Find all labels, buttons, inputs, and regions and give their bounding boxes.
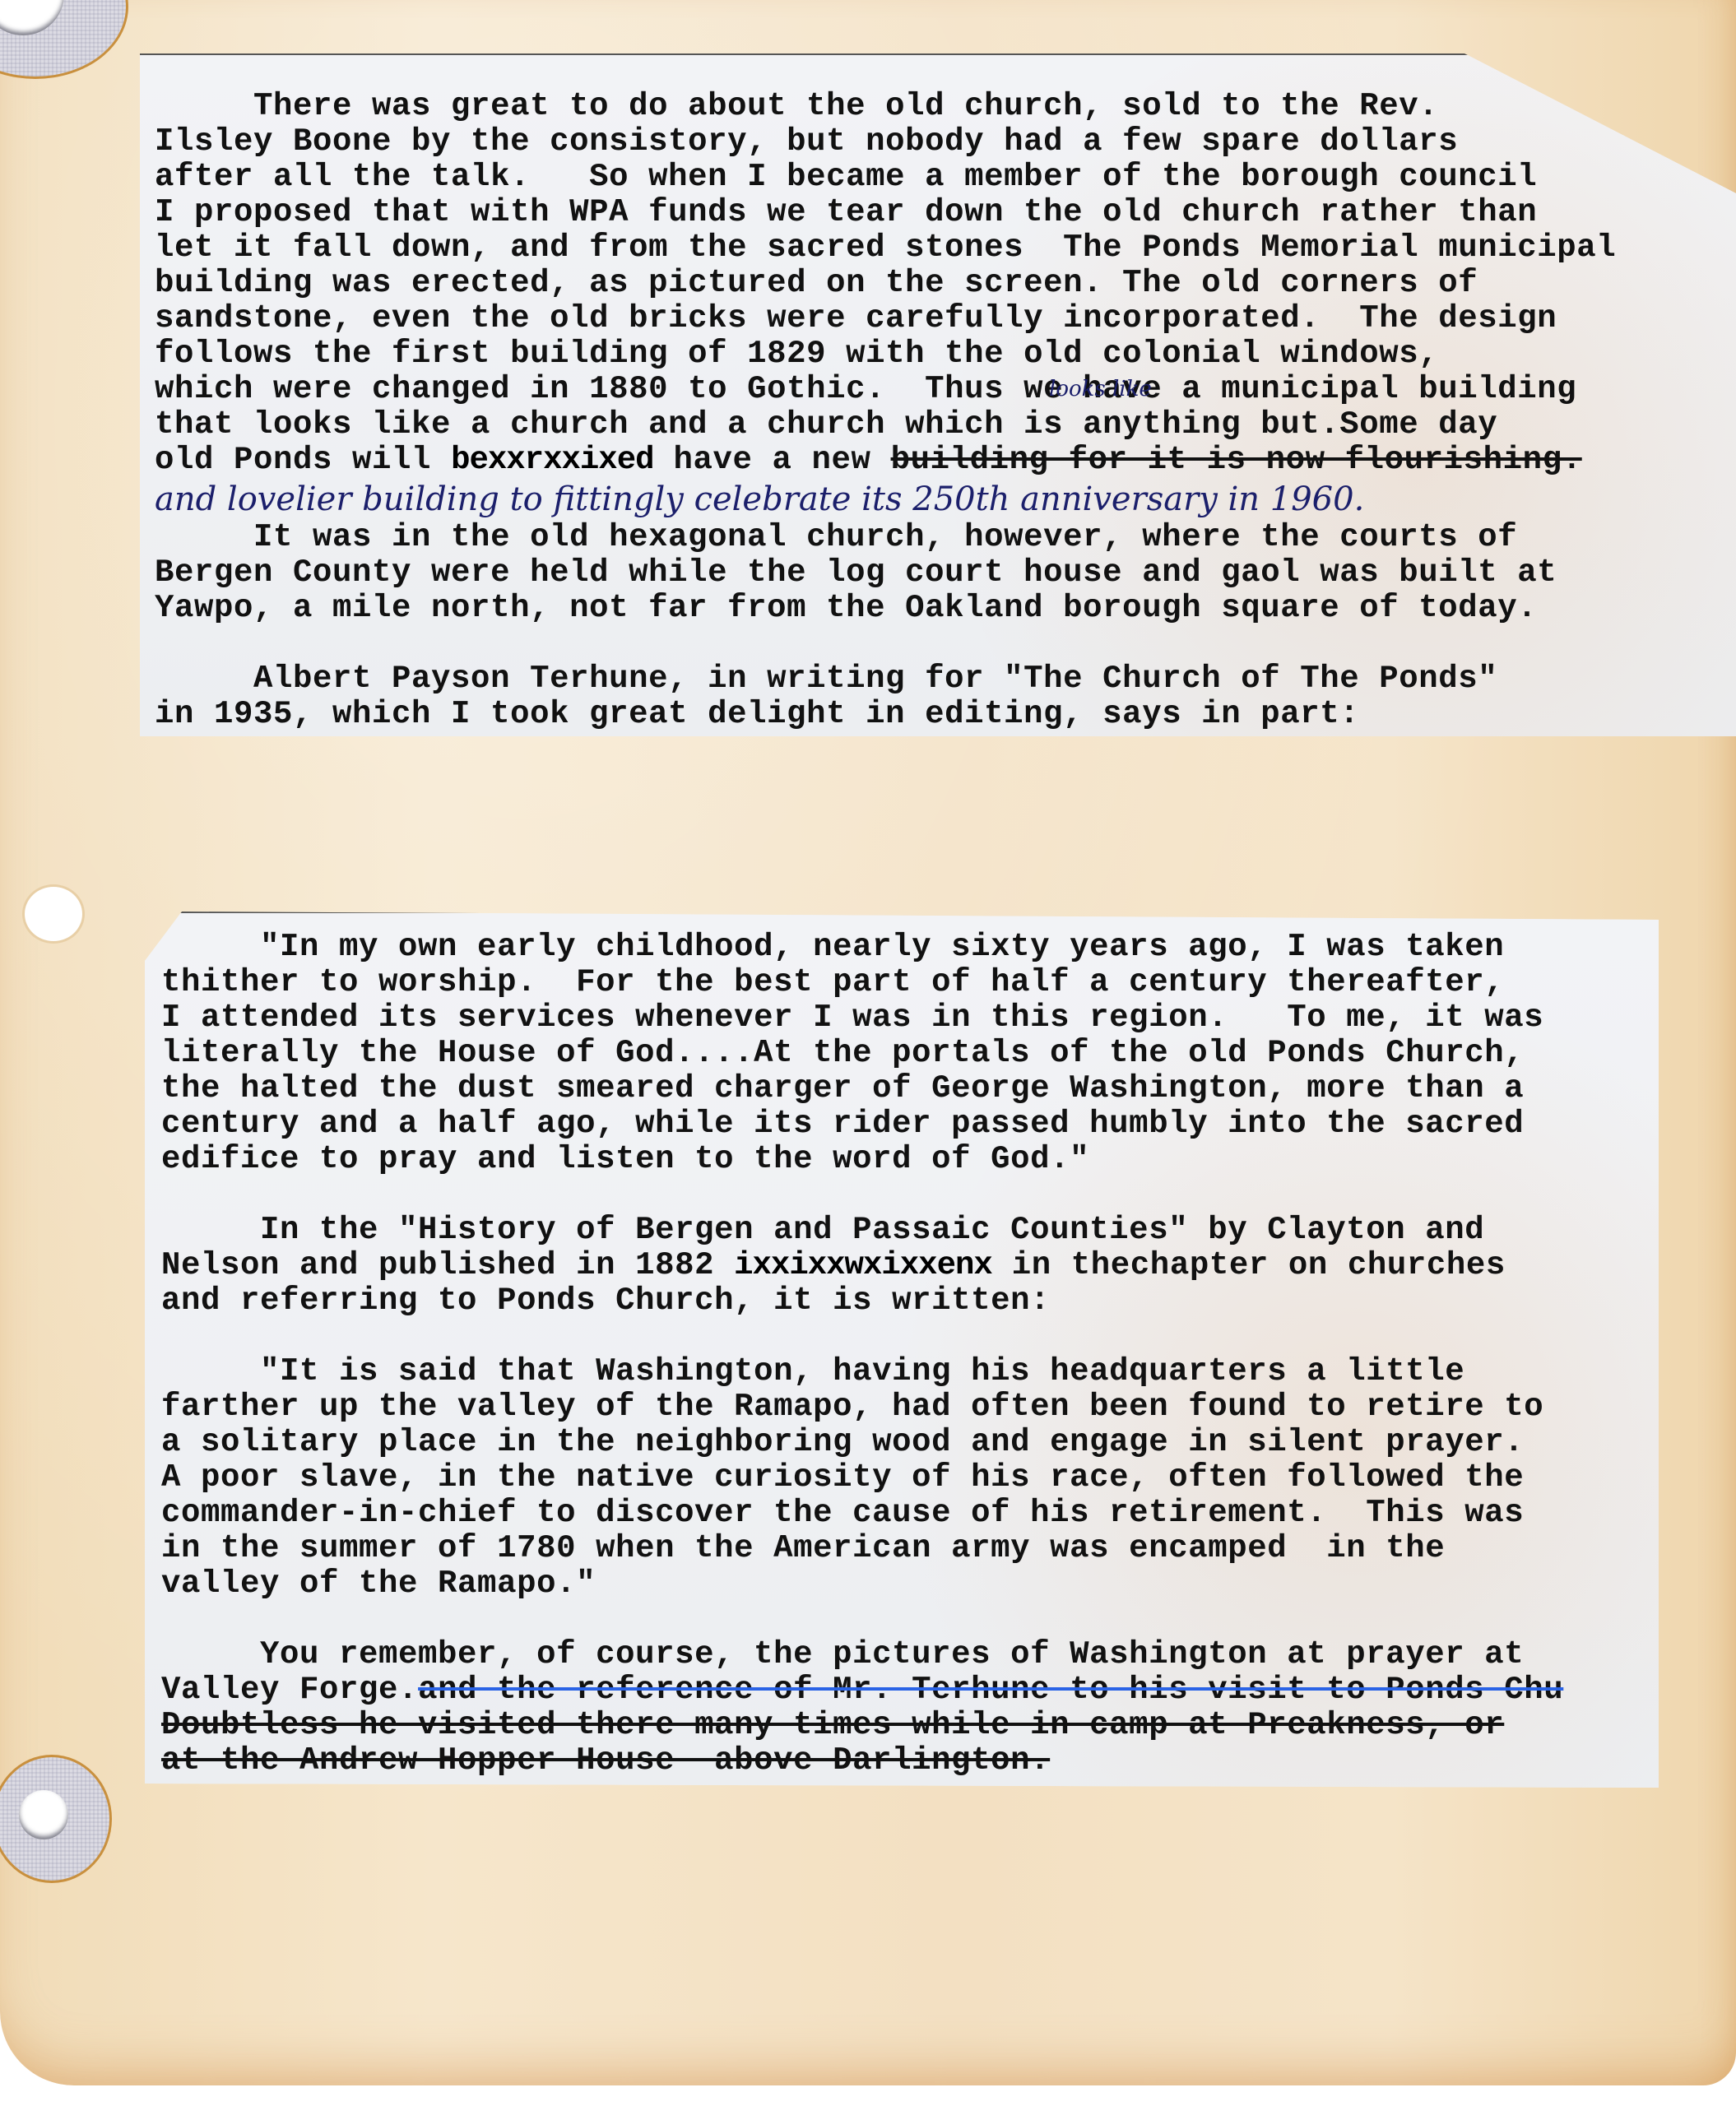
text-line: "It is said that Washington, having his …: [161, 1354, 1464, 1389]
handwritten-insert: looks like: [1049, 377, 1152, 401]
text-line: the halted the dust smeared charger of G…: [161, 1071, 1524, 1106]
text-line: I attended its services whenever I was i…: [161, 1000, 1543, 1036]
text-fragment: Nelson and published in 1882: [161, 1247, 734, 1283]
text-fragment: have a new: [654, 442, 891, 478]
text-line: follows the first building of 1829 with …: [155, 336, 1438, 372]
text-fragment: old Ponds will: [155, 442, 451, 478]
text-line: Yawpo, a mile north, not far from the Oa…: [155, 591, 1537, 626]
struck-text-blue: and the reference of Mr. Terhune to his …: [418, 1672, 1563, 1708]
text-line: There was great to do about the old chur…: [155, 89, 1438, 124]
text-line: It was in the old hexagonal church, howe…: [155, 520, 1517, 555]
text-line-edited: Nelson and published in 1882 ixxixxwxixx…: [161, 1248, 1506, 1283]
text-line: Ilsley Boone by the consistory, but nobo…: [155, 124, 1458, 160]
hole-icon: [19, 1790, 68, 1839]
text-line: which were changed in 1880 to Gothic. Th…: [155, 372, 1576, 407]
text-line: let it fall down, and from the sacred st…: [155, 230, 1616, 266]
text-line: I proposed that with WPA funds we tear d…: [155, 195, 1537, 230]
text-line: commander-in-chief to discover the cause…: [161, 1496, 1524, 1531]
text-line: a solitary place in the neighboring wood…: [161, 1425, 1524, 1460]
text-line: building was erected, as pictured on the…: [155, 266, 1478, 301]
text-line: "In my own early childhood, nearly sixty…: [161, 930, 1504, 965]
text-line: Bergen County were held while the log co…: [155, 555, 1557, 591]
overtyped-text: ixxixxwxixxenx: [734, 1247, 992, 1283]
struck-text: Doubtless he visited there many times wh…: [161, 1708, 1504, 1743]
text-line: valley of the Ramapo.": [161, 1566, 596, 1602]
text-line: A poor slave, in the native curiosity of…: [161, 1460, 1524, 1496]
text-line: thither to worship. For the best part of…: [161, 965, 1504, 1000]
text-line: You remember, of course, the pictures of…: [161, 1637, 1524, 1672]
text-fragment: in thechapter on churches: [992, 1247, 1506, 1283]
text-line-edited: Valley Forge.and the reference of Mr. Te…: [161, 1672, 1563, 1708]
text-line: in the summer of 1780 when the American …: [161, 1531, 1445, 1566]
text-line: literally the House of God....At the por…: [161, 1036, 1524, 1071]
text-line: sandstone, even the old bricks were care…: [155, 301, 1557, 336]
struck-text: at the Andrew Hopper House above Darling…: [161, 1743, 1050, 1779]
text-line: after all the talk. So when I became a m…: [155, 160, 1537, 195]
text-line: In the "History of Bergen and Passaic Co…: [161, 1213, 1484, 1248]
hole-icon: [0, 0, 64, 35]
handwritten-annotation: and lovelier building to fittingly celeb…: [155, 480, 1364, 518]
text-line: Albert Payson Terhune, in writing for "T…: [155, 661, 1497, 697]
text-line: century and a half ago, while its rider …: [161, 1106, 1524, 1142]
struck-text: building for it is now flourishing.: [891, 442, 1582, 478]
text-line: that looks like a church and a church wh…: [155, 407, 1497, 443]
text-line-edited: old Ponds will bexxrxxixed have a new bu…: [155, 443, 1582, 478]
text-line: farther up the valley of the Ramapo, had…: [161, 1389, 1543, 1425]
overtyped-text: bexxrxxixed: [451, 442, 653, 478]
binder-hole-middle: [25, 887, 82, 941]
text-line: in 1935, which I took great delight in e…: [155, 697, 1359, 732]
text-fragment: Valley Forge.: [161, 1672, 418, 1708]
text-line: edifice to pray and listen to the word o…: [161, 1142, 1089, 1177]
text-line: and referring to Ponds Church, it is wri…: [161, 1283, 1050, 1319]
